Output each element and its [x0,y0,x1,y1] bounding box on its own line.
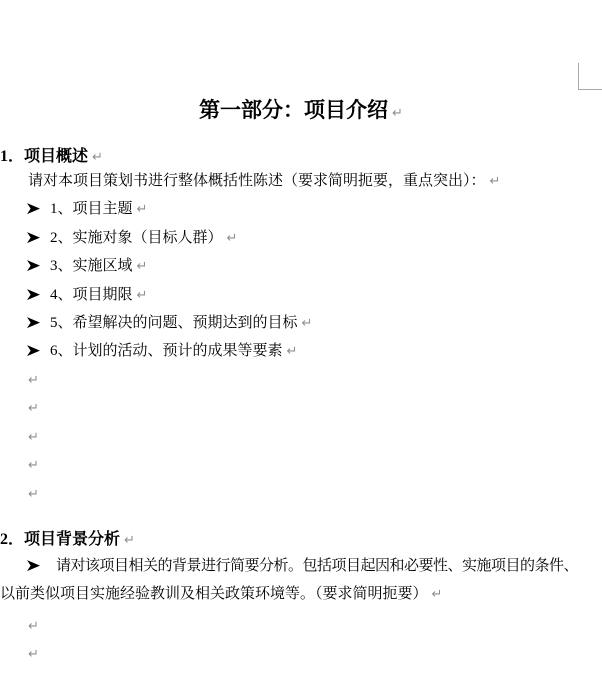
bullet-text: 4、项目期限 [50,287,133,303]
doc-title: 第一部分：项目介绍 [199,98,388,122]
empty-paragraph: ↵ [28,455,39,476]
paragraph-mark: ↵ [28,458,39,473]
bullet-arrow-icon [27,317,40,328]
bullet-arrow-icon [27,232,40,243]
bullet-text: 5、希望解决的问题、预期达到的目标 [50,315,298,331]
paragraph-mark: ↵ [137,259,148,274]
section-2-paragraph-line-2: 以前类似项目实施经验教训及相关政策环境等。（要求简明扼要）↵ [0,584,442,605]
text-boundary-corner-icon [578,63,579,90]
paragraph-mark: ↵ [124,533,135,548]
bullet-arrow-icon [27,560,40,571]
bullet-text: 1、项目主题 [50,201,133,217]
word-document-page[interactable]: 第一部分：项目介绍↵ 1．项目概述↵ 请对本项目策划书进行整体概括性陈述（要求简… [0,0,602,676]
empty-paragraph: ↵ [28,398,39,419]
paragraph-mark: ↵ [28,487,39,502]
paragraph-mark: ↵ [92,150,103,165]
bullet-text: 2、实施对象（目标人群） [50,230,223,246]
bullet-arrow-icon [27,260,40,271]
section-1-heading-line: 1．项目概述↵ [0,146,103,168]
bullet-arrow-icon [27,345,40,356]
section-2-paragraph-line-1: 请对该项目相关的背景进行简要分析。包括项目起因和必要性、实施项目的条件、 [27,556,578,576]
bullet-arrow-icon [27,203,40,214]
paragraph-mark: ↵ [28,647,39,662]
paragraph-mark: ↵ [28,430,39,445]
section-2-heading-line: 2．项目背景分析↵ [0,529,135,551]
paragraph-mark: ↵ [28,373,39,388]
paragraph-mark: ↵ [137,288,148,303]
paragraph-mark: ↵ [227,231,238,246]
doc-title-line: 第一部分：项目介绍↵ [0,97,602,127]
section-1-heading: 1．项目概述 [0,148,88,165]
empty-paragraph: ↵ [28,427,39,448]
paragraph-mark: ↵ [137,202,148,217]
paragraph-mark: ↵ [490,174,501,189]
bullet-text: 3、实施区域 [50,258,133,274]
bullet-item: 6、计划的活动、预计的成果等要素↵ [27,341,297,362]
empty-paragraph: ↵ [28,616,39,637]
section-2-paragraph-text: 请对该项目相关的背景进行简要分析。包括项目起因和必要性、实施项目的条件、 [56,558,578,574]
paragraph-mark: ↵ [392,106,403,121]
paragraph-mark: ↵ [28,401,39,416]
empty-paragraph: ↵ [28,370,39,391]
bullet-item: 5、希望解决的问题、预期达到的目标↵ [27,313,312,334]
bullet-item: 3、实施区域↵ [27,256,147,277]
empty-paragraph: ↵ [28,484,39,505]
section-1-intro: 请对本项目策划书进行整体概括性陈述（要求简明扼要，重点突出）： [28,173,486,189]
bullet-text: 6、计划的活动、预计的成果等要素 [50,343,283,359]
section-2-heading: 2．项目背景分析 [0,531,120,548]
bullet-arrow-icon [27,289,40,300]
section-1-intro-line: 请对本项目策划书进行整体概括性陈述（要求简明扼要，重点突出）：↵ [28,171,500,192]
text-boundary-corner-icon [579,89,602,90]
empty-paragraph: ↵ [28,644,39,665]
paragraph-mark: ↵ [287,344,298,359]
paragraph-mark: ↵ [432,587,443,602]
section-2-paragraph-text: 以前类似项目实施经验教训及相关政策环境等。（要求简明扼要） [0,586,428,602]
bullet-item: 4、项目期限↵ [27,285,147,306]
paragraph-mark: ↵ [302,316,313,331]
bullet-item: 1、项目主题↵ [27,199,147,220]
paragraph-mark: ↵ [28,619,39,634]
bullet-item: 2、实施对象（目标人群）↵ [27,228,237,249]
